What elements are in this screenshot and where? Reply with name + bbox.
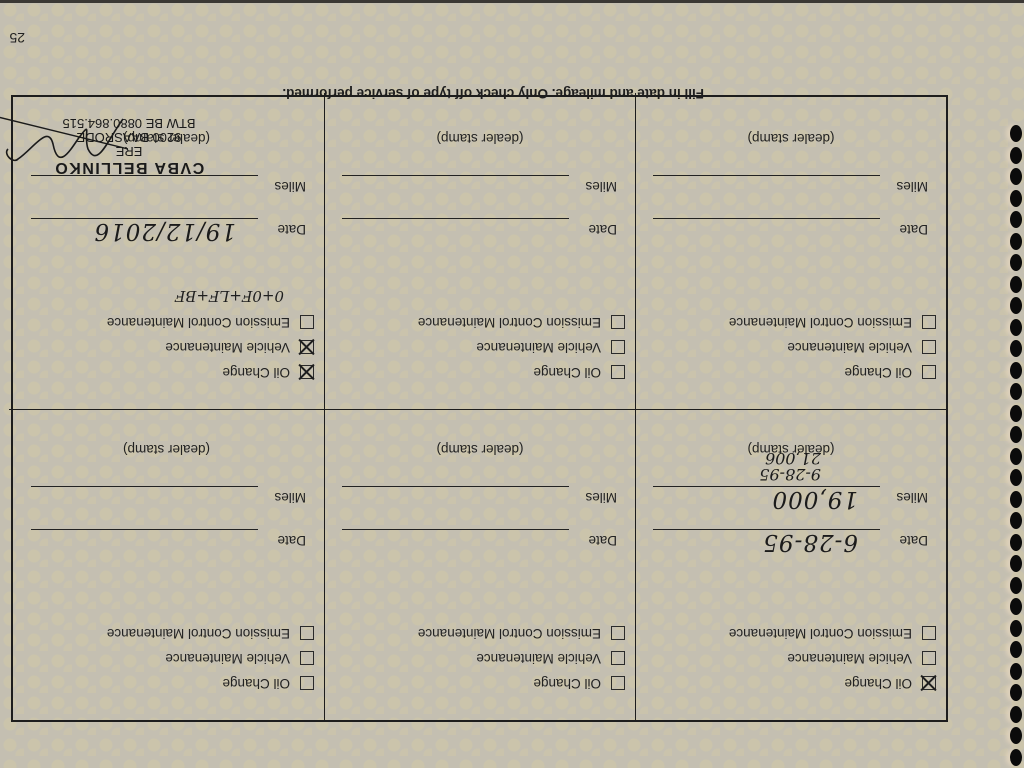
miles-label: Miles [896, 179, 928, 194]
date-label: Date [899, 222, 928, 237]
oil-change-checkbox[interactable] [300, 677, 314, 691]
miles-field[interactable]: Miles [347, 488, 617, 510]
signature-icon [0, 109, 128, 179]
maintenance-log-page: 25 Fill in date and mileage. Only check … [0, 0, 1024, 768]
handwritten-note: 0+0F+LF+BF [175, 287, 284, 305]
emission-control-checkbox[interactable] [300, 316, 314, 330]
miles-label: Miles [274, 179, 306, 194]
date-field[interactable]: Date [658, 220, 928, 242]
service-entry-2: Oil Change Vehicle Maintenance Emission … [324, 409, 635, 720]
spiral-ring [1010, 727, 1022, 744]
vehicle-maintenance-label: Vehicle Maintenance [787, 340, 912, 355]
miles-field[interactable]: Miles [347, 177, 617, 199]
emission-control-label: Emission Control Maintenance [107, 315, 290, 330]
emission-control-checkbox[interactable] [922, 316, 936, 330]
date-field[interactable]: Date 19/12/2016 [36, 220, 306, 242]
vehicle-maintenance-label: Vehicle Maintenance [476, 651, 601, 666]
vehicle-maintenance-option[interactable]: Vehicle Maintenance [729, 335, 936, 360]
miles-underline [342, 486, 569, 487]
service-entry-6: Oil Change Vehicle Maintenance Emission … [9, 93, 324, 409]
oil-change-label: Oil Change [844, 676, 912, 691]
miles-label: Miles [896, 490, 928, 505]
spiral-ring [1010, 469, 1022, 486]
emission-control-label: Emission Control Maintenance [729, 626, 912, 641]
date-label: Date [277, 533, 306, 548]
miles-label: Miles [585, 179, 617, 194]
miles-field[interactable]: Miles [36, 177, 306, 199]
spiral-ring [1010, 620, 1022, 637]
service-checklist: Oil Change Vehicle Maintenance Emission … [418, 310, 625, 385]
vehicle-maintenance-checkbox[interactable] [300, 341, 314, 355]
date-value: 6-28-95 [762, 529, 858, 555]
dealer-stamp-label: (dealer stamp) [9, 442, 324, 457]
vehicle-maintenance-checkbox[interactable] [922, 341, 936, 355]
miles-field[interactable]: Miles [36, 488, 306, 510]
oil-change-checkbox[interactable] [611, 366, 625, 380]
service-checklist: Oil Change Vehicle Maintenance Emission … [107, 621, 314, 696]
date-label: Date [899, 533, 928, 548]
spiral-ring [1010, 706, 1022, 723]
date-field[interactable]: Date [347, 531, 617, 553]
spiral-ring [1010, 448, 1022, 465]
oil-change-option[interactable]: Oil Change [418, 671, 625, 696]
date-label: Date [588, 533, 617, 548]
vehicle-maintenance-label: Vehicle Maintenance [476, 340, 601, 355]
emission-control-checkbox[interactable] [611, 316, 625, 330]
page-number: 25 [9, 30, 25, 46]
extra-handwriting-line: 21,006 [759, 450, 821, 466]
vehicle-maintenance-checkbox[interactable] [300, 652, 314, 666]
spiral-ring [1010, 577, 1022, 594]
spiral-ring [1010, 684, 1022, 701]
vehicle-maintenance-checkbox[interactable] [611, 652, 625, 666]
spiral-binding [994, 0, 1024, 768]
oil-change-label: Oil Change [222, 365, 290, 380]
extra-handwriting-line: 9-28-95 [759, 466, 821, 482]
spiral-ring [1010, 276, 1022, 293]
spiral-ring [1010, 383, 1022, 400]
emission-control-label: Emission Control Maintenance [107, 626, 290, 641]
service-entry-1: Oil Change Vehicle Maintenance Emission … [635, 409, 946, 720]
vehicle-maintenance-label: Vehicle Maintenance [165, 651, 290, 666]
emission-control-option[interactable]: Emission Control Maintenance [729, 310, 936, 335]
emission-control-label: Emission Control Maintenance [729, 315, 912, 330]
spiral-ring [1010, 598, 1022, 615]
oil-change-option[interactable]: Oil Change [107, 671, 314, 696]
spiral-ring [1010, 211, 1022, 228]
emission-control-option[interactable]: Emission Control Maintenance [418, 621, 625, 646]
service-checklist: Oil Change Vehicle Maintenance Emission … [107, 310, 314, 385]
date-label: Date [277, 222, 306, 237]
service-record-grid: Oil Change Vehicle Maintenance Emission … [11, 95, 948, 722]
oil-change-checkbox[interactable] [922, 366, 936, 380]
extra-handwriting: 9-28-9521,006 [759, 450, 821, 482]
emission-control-checkbox[interactable] [922, 627, 936, 641]
spiral-ring [1010, 319, 1022, 336]
emission-control-option[interactable]: Emission Control Maintenance [107, 310, 314, 335]
date-label: Date [588, 222, 617, 237]
spiral-ring [1010, 534, 1022, 551]
miles-label: Miles [274, 490, 306, 505]
vehicle-maintenance-checkbox[interactable] [611, 341, 625, 355]
spiral-ring [1010, 190, 1022, 207]
vehicle-maintenance-option[interactable]: Vehicle Maintenance [107, 335, 314, 360]
miles-value: 19,000 [772, 486, 858, 512]
oil-change-checkbox[interactable] [300, 366, 314, 380]
emission-control-option[interactable]: Emission Control Maintenance [729, 621, 936, 646]
miles-field[interactable]: Miles 19,000 [658, 488, 928, 510]
emission-control-label: Emission Control Maintenance [418, 626, 601, 641]
service-checklist: Oil Change Vehicle Maintenance Emission … [729, 621, 936, 696]
miles-field[interactable]: Miles [658, 177, 928, 199]
spiral-ring [1010, 641, 1022, 658]
spiral-ring [1010, 125, 1022, 142]
date-underline [31, 529, 258, 530]
spiral-ring [1010, 297, 1022, 314]
date-field[interactable]: Date [36, 531, 306, 553]
oil-change-label: Oil Change [222, 676, 290, 691]
spiral-ring [1010, 362, 1022, 379]
date-underline [342, 218, 569, 219]
oil-change-option[interactable]: Oil Change [107, 360, 314, 385]
date-value: 19/12/2016 [93, 218, 236, 244]
miles-underline [342, 175, 569, 176]
spiral-ring [1010, 233, 1022, 250]
oil-change-checkbox[interactable] [922, 677, 936, 691]
vehicle-maintenance-option[interactable]: Vehicle Maintenance [729, 646, 936, 671]
dealer-stamp-label: (dealer stamp) [325, 442, 635, 457]
emission-control-label: Emission Control Maintenance [418, 315, 601, 330]
emission-control-option[interactable]: Emission Control Maintenance [107, 621, 314, 646]
emission-control-option[interactable]: Emission Control Maintenance [418, 310, 625, 335]
emission-control-checkbox[interactable] [300, 627, 314, 641]
oil-change-label: Oil Change [533, 365, 601, 380]
dealer-stamp-label: (dealer stamp) [325, 131, 635, 146]
spiral-ring [1010, 340, 1022, 357]
emission-control-checkbox[interactable] [611, 627, 625, 641]
vehicle-maintenance-option[interactable]: Vehicle Maintenance [418, 646, 625, 671]
spiral-ring [1010, 426, 1022, 443]
spiral-ring [1010, 663, 1022, 680]
vehicle-maintenance-option[interactable]: Vehicle Maintenance [418, 335, 625, 360]
vehicle-maintenance-option[interactable]: Vehicle Maintenance [107, 646, 314, 671]
date-underline [653, 218, 880, 219]
miles-label: Miles [585, 490, 617, 505]
vehicle-maintenance-label: Vehicle Maintenance [787, 651, 912, 666]
vehicle-maintenance-checkbox[interactable] [922, 652, 936, 666]
spiral-ring [1010, 147, 1022, 164]
oil-change-checkbox[interactable] [611, 677, 625, 691]
spiral-ring [1010, 491, 1022, 508]
spiral-ring [1010, 512, 1022, 529]
spiral-ring [1010, 555, 1022, 572]
spiral-ring [1010, 405, 1022, 422]
miles-underline [31, 486, 258, 487]
spiral-ring [1010, 168, 1022, 185]
spiral-ring [1010, 749, 1022, 766]
date-underline [342, 529, 569, 530]
service-entry-4: Oil Change Vehicle Maintenance Emission … [635, 93, 946, 409]
service-checklist: Oil Change Vehicle Maintenance Emission … [729, 310, 936, 385]
oil-change-option[interactable]: Oil Change [418, 360, 625, 385]
service-entry-5: Oil Change Vehicle Maintenance Emission … [324, 93, 635, 409]
date-field[interactable]: Date 6-28-95 [658, 531, 928, 553]
spiral-ring [1010, 254, 1022, 271]
vehicle-maintenance-label: Vehicle Maintenance [165, 340, 290, 355]
oil-change-label: Oil Change [844, 365, 912, 380]
oil-change-option[interactable]: Oil Change [729, 671, 936, 696]
oil-change-option[interactable]: Oil Change [729, 360, 936, 385]
service-checklist: Oil Change Vehicle Maintenance Emission … [418, 621, 625, 696]
dealer-stamp-label: (dealer stamp) [636, 131, 946, 146]
oil-change-label: Oil Change [533, 676, 601, 691]
date-field[interactable]: Date [347, 220, 617, 242]
miles-underline [653, 175, 880, 176]
service-entry-3: Oil Change Vehicle Maintenance Emission … [9, 409, 324, 720]
